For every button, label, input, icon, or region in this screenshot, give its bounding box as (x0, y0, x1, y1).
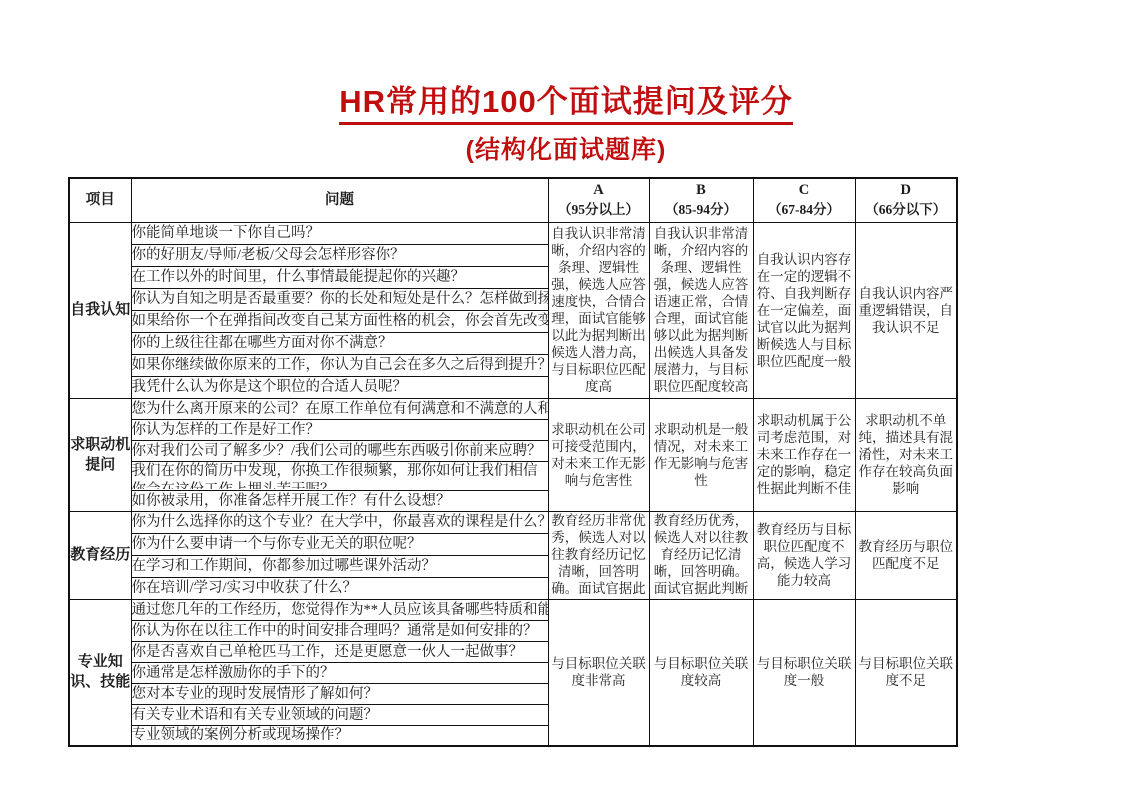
rating-cell-d: 与目标职位关联度不足 (855, 599, 957, 746)
rating-cell-a: 自我认识非常清晰，介绍内容的条理、逻辑性强，候选人应答速度快，合情合理，面试官能… (548, 222, 649, 398)
col-header-grade-a: A （95分以上） (548, 178, 649, 222)
question-cell: 我们在你的简历中发现，你换工作很频繁，那你如何让我们相信你会在这份工作上埋头苦干… (131, 461, 548, 490)
question-cell: 你认为怎样的工作是好工作？ (131, 419, 548, 440)
question-cell: 你的上级往往都在哪些方面对你不满意？ (131, 332, 548, 354)
question-cell: 你通常是怎样激励你的手下的？ (131, 662, 548, 683)
category-cell-motivation: 求职动机提问 (69, 398, 131, 511)
clipped-rating-text: 教育经历非常优秀，候选人对以往教育经历记忆清晰，回答明确。面试官据此判断候选人具… (549, 512, 649, 597)
rating-cell-c: 自我认识内容存在一定的逻辑不符、自我判断存在一定偏差，面试官以此为据判断候选人与… (753, 222, 855, 398)
category-cell-professional-skills: 专业知识、技能 (69, 599, 131, 746)
question-cell: 如你被录用，你准备怎样开展工作？有什么设想？ (131, 490, 548, 511)
question-cell: 您对本专业的现时发展情形了解如何？ (131, 683, 548, 704)
rating-cell-a: 与目标职位关联度非常高 (548, 599, 649, 746)
grade-range: （85-94分） (650, 200, 753, 219)
grade-range: （66分以下） (856, 200, 957, 219)
page-title: HR常用的100个面试提问及评分 (339, 76, 793, 125)
question-cell: 你认为你在以往工作中的时间安排合理吗？通常是如何安排的？ (131, 620, 548, 641)
page-subtitle: (结构化面试题库) (0, 130, 1132, 166)
question-cell: 如果你继续做你原来的工作，你认为自己会在多久之后得到提升？ (131, 354, 548, 376)
question-cell: 你认为自知之明是否最重要？你的长处和短处是什么？怎样做到扬长避短？ (131, 288, 548, 310)
rating-cell-c: 教育经历与目标职位匹配度不高，候选人学习能力较高 (753, 511, 855, 599)
question-cell: 你对我们公司了解多少？/我们公司的哪些东西吸引你前来应聘？ (131, 440, 548, 461)
question-cell: 你在培训/学习/实习中收获了什么？ (131, 577, 548, 599)
title-block: HR常用的100个面试提问及评分 (0, 0, 1132, 125)
grade-range: （95分以上） (549, 200, 649, 219)
category-cell-education: 教育经历 (69, 511, 131, 599)
rating-cell-b: 自我认识非常清晰，介绍内容的条理、逻辑性强，候选人应答语速正常，合情合理，面试官… (649, 222, 753, 398)
interview-question-table: 项目 问题 A （95分以上） B （85-94分） C （67-84分） D … (68, 177, 958, 747)
question-cell: 你能简单地谈一下你自己吗？ (131, 222, 548, 244)
rating-cell-b: 求职动机是一般情况，对未来工作无影响与危害性 (649, 398, 753, 511)
category-cell-self-awareness: 自我认知 (69, 222, 131, 398)
question-cell: 有关专业术语和有关专业领域的问题？ (131, 704, 548, 725)
rating-cell-d: 自我认识内容严重逻辑错误，自我认识不足 (855, 222, 957, 398)
question-cell: 你为什么选择你的这个专业？在大学中，你最喜欢的课程是什么？ (131, 511, 548, 533)
question-cell: 如果给你一个在弹指间改变自己某方面性格的机会，你会首先改变什么？ (131, 310, 548, 332)
question-cell: 你是否喜欢自己单枪匹马工作，还是更愿意一伙人一起做事？ (131, 641, 548, 662)
rating-cell-a: 教育经历非常优秀，候选人对以往教育经历记忆清晰，回答明确。面试官据此判断候选人具… (548, 511, 649, 599)
question-row: 教育经历 你为什么选择你的这个专业？在大学中，你最喜欢的课程是什么？ 教育经历非… (69, 511, 957, 533)
col-header-grade-d: D （66分以下） (855, 178, 957, 222)
question-cell: 专业领域的案例分析或现场操作？ (131, 725, 548, 746)
question-cell: 你为什么要申请一个与你专业无关的职位呢？ (131, 533, 548, 555)
grade-letter: A (549, 181, 649, 200)
question-row: 求职动机提问 您为什么离开原来的公司？在原工作单位有何满意和不满意的人和事？ 求… (69, 398, 957, 419)
rating-cell-b: 与目标职位关联度较高 (649, 599, 753, 746)
question-cell: 在学习和工作期间，你都参加过哪些课外活动？ (131, 555, 548, 577)
question-cell: 我凭什么认为你是这个职位的合适人员呢？ (131, 376, 548, 398)
question-row: 专业知识、技能 通过您几年的工作经历，您觉得作为**人员应该具备哪些特质和能力？… (69, 599, 957, 620)
rating-cell-c: 求职动机属于公司考虑范围，对未来工作存在一定的影响，稳定性据此判断不佳 (753, 398, 855, 511)
question-cell: 你的好朋友/导师/老板/父母会怎样形容你？ (131, 244, 548, 266)
grade-letter: C (754, 181, 855, 200)
col-header-grade-b: B （85-94分） (649, 178, 753, 222)
rating-cell-d: 教育经历与职位匹配度不足 (855, 511, 957, 599)
grade-range: （67-84分） (754, 200, 855, 219)
clipped-rating-text: 教育经历优秀，候选人对以往教育经历记忆清晰，回答明确。面试官据此判断候选人具有较… (650, 512, 753, 597)
rating-cell-c: 与目标职位关联度一般 (753, 599, 855, 746)
grade-letter: D (856, 181, 957, 200)
grade-letter: B (650, 181, 753, 200)
header-row: 项目 问题 A （95分以上） B （85-94分） C （67-84分） D … (69, 178, 957, 222)
col-header-item: 项目 (69, 178, 131, 222)
rating-cell-b: 教育经历优秀，候选人对以往教育经历记忆清晰，回答明确。面试官据此判断候选人具有较… (649, 511, 753, 599)
question-cell: 在工作以外的时间里，什么事情最能提起你的兴趣？ (131, 266, 548, 288)
question-cell: 您为什么离开原来的公司？在原工作单位有何满意和不满意的人和事？ (131, 398, 548, 419)
document-page: HR常用的100个面试提问及评分 (结构化面试题库) 项目 问题 A （95分以… (0, 0, 1132, 800)
col-header-question: 问题 (131, 178, 548, 222)
col-header-grade-c: C （67-84分） (753, 178, 855, 222)
clipped-question-text: 我们在你的简历中发现，你换工作很频繁，那你如何让我们相信你会在这份工作上埋头苦干… (132, 462, 548, 489)
rating-cell-a: 求职动机在公司可接受范围内，对未来工作无影响与危害性 (548, 398, 649, 511)
rating-cell-d: 求职动机不单纯，描述具有混淆性，对未来工作存在较高负面影响 (855, 398, 957, 511)
question-cell: 通过您几年的工作经历，您觉得作为**人员应该具备哪些特质和能力？ (131, 599, 548, 620)
question-row: 自我认知 你能简单地谈一下你自己吗？ 自我认识非常清晰，介绍内容的条理、逻辑性强… (69, 222, 957, 244)
